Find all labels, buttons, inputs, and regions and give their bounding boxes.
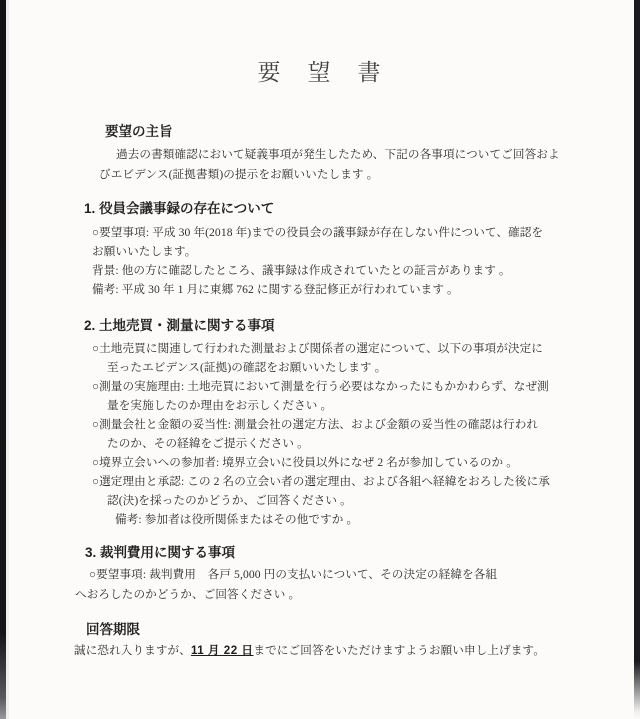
doc-line: ○要望事項: 平成 30 年(2018 年)までの役員会の議事録が存在しない件に… <box>92 223 562 242</box>
document-page: 要 望 書 要望の主旨 過去の書類確認において疑義事項が発生したため、下記の各事… <box>0 0 640 719</box>
doc-line: ○境界立会いへの参加者: 境界立会いに役員以外になぜ 2 名が参加しているのか … <box>92 453 567 472</box>
doc-line: たのか、その経緯をご提示ください 。 <box>92 434 567 453</box>
section-3-court-costs: 3. 裁判費用に関する事項 ○要望事項: 裁判費用 各戸 5,000 円の支払い… <box>0 543 640 605</box>
doc-line: 至ったエビデンス(証拠)の確認をお願いいたします 。 <box>92 358 567 377</box>
doc-line: びエビデンス(証拠書類)の提示をお願いいたします 。 <box>99 165 569 185</box>
doc-line: ○要望事項: 裁判費用 各戸 5,000 円の支払いについて、その決定の経緯を各… <box>75 565 555 585</box>
section-2-body: ○土地売買に関連して行われた測量および関係者の選定について、以下の事項が決定に … <box>92 339 567 529</box>
doc-line: 備考: 平成 30 年 1 月に東郷 762 に関する登記修正が行われています … <box>92 280 562 299</box>
section-1-body: ○要望事項: 平成 30 年(2018 年)までの役員会の議事録が存在しない件に… <box>92 223 562 299</box>
section-3-body: ○要望事項: 裁判費用 各戸 5,000 円の支払いについて、その決定の経緯を各… <box>75 565 555 605</box>
doc-line: 背景: 他の方に確認したところ、議事録は作成されていたとの証言があります 。 <box>92 261 562 280</box>
closing-text-before: 誠に恐れ入りますが、 <box>74 644 191 657</box>
section-intro: 要望の主旨 過去の書類確認において疑義事項が発生したため、下記の各事項についてご… <box>0 122 640 185</box>
document-title: 要 望 書 <box>0 58 640 88</box>
section-3-heading: 3. 裁判費用に関する事項 <box>85 543 640 563</box>
photo-edge-left <box>0 0 9 719</box>
section-1-heading: 1. 役員会議事録の存在について <box>84 199 640 219</box>
deadline-date: 11 月 22 日 <box>191 644 254 657</box>
section-2-heading: 2. 土地売買・測量に関する事項 <box>84 316 640 336</box>
doc-line: お願いいたします。 <box>92 242 562 261</box>
deadline-heading: 回答期限 <box>86 620 640 640</box>
intro-heading: 要望の主旨 <box>105 122 640 142</box>
closing-line: 誠に恐れ入りますが、11 月 22 日までにご回答をいただけますようお願い申し上… <box>74 641 574 661</box>
section-1-board-minutes: 1. 役員会議事録の存在について ○要望事項: 平成 30 年(2018 年)ま… <box>0 199 640 299</box>
doc-line: ○測量会社と金額の妥当性: 測量会社の選定方法、および金額の妥当性の確認は行われ <box>92 415 567 434</box>
doc-line: ○選定理由と承認: この 2 名の立会い者の選定理由、および各組へ経緯をおろした… <box>92 472 567 491</box>
doc-line: ○測量の実施理由: 土地売買において測量を行う必要はなかったにもかかわらず、なぜ… <box>92 377 567 396</box>
doc-line: 備考: 参加者は役所関係またはその他ですか 。 <box>92 510 567 529</box>
doc-line: 量を実施したのか理由をお示しください 。 <box>92 396 567 415</box>
doc-line: 過去の書類確認において疑義事項が発生したため、下記の各事項についてご回答およ <box>99 145 569 165</box>
doc-line: 認(決)を採ったのかどうか、ご回答ください 。 <box>92 491 567 510</box>
section-deadline: 回答期限 誠に恐れ入りますが、11 月 22 日までにご回答をいただけますようお… <box>0 620 640 661</box>
doc-line: ○土地売買に関連して行われた測量および関係者の選定について、以下の事項が決定に <box>92 339 567 358</box>
intro-paragraph: 過去の書類確認において疑義事項が発生したため、下記の各事項についてご回答およ び… <box>99 145 569 185</box>
document-photo: 要 望 書 要望の主旨 過去の書類確認において疑義事項が発生したため、下記の各事… <box>0 0 640 719</box>
closing-text-after: までにご回答をいただけますようお願い申し上げます。 <box>253 644 544 657</box>
photo-edge-right <box>634 0 640 719</box>
doc-line: へおろしたのかどうか、ご回答ください 。 <box>75 585 555 605</box>
section-2-land-survey: 2. 土地売買・測量に関する事項 ○土地売買に関連して行われた測量および関係者の… <box>0 316 640 529</box>
